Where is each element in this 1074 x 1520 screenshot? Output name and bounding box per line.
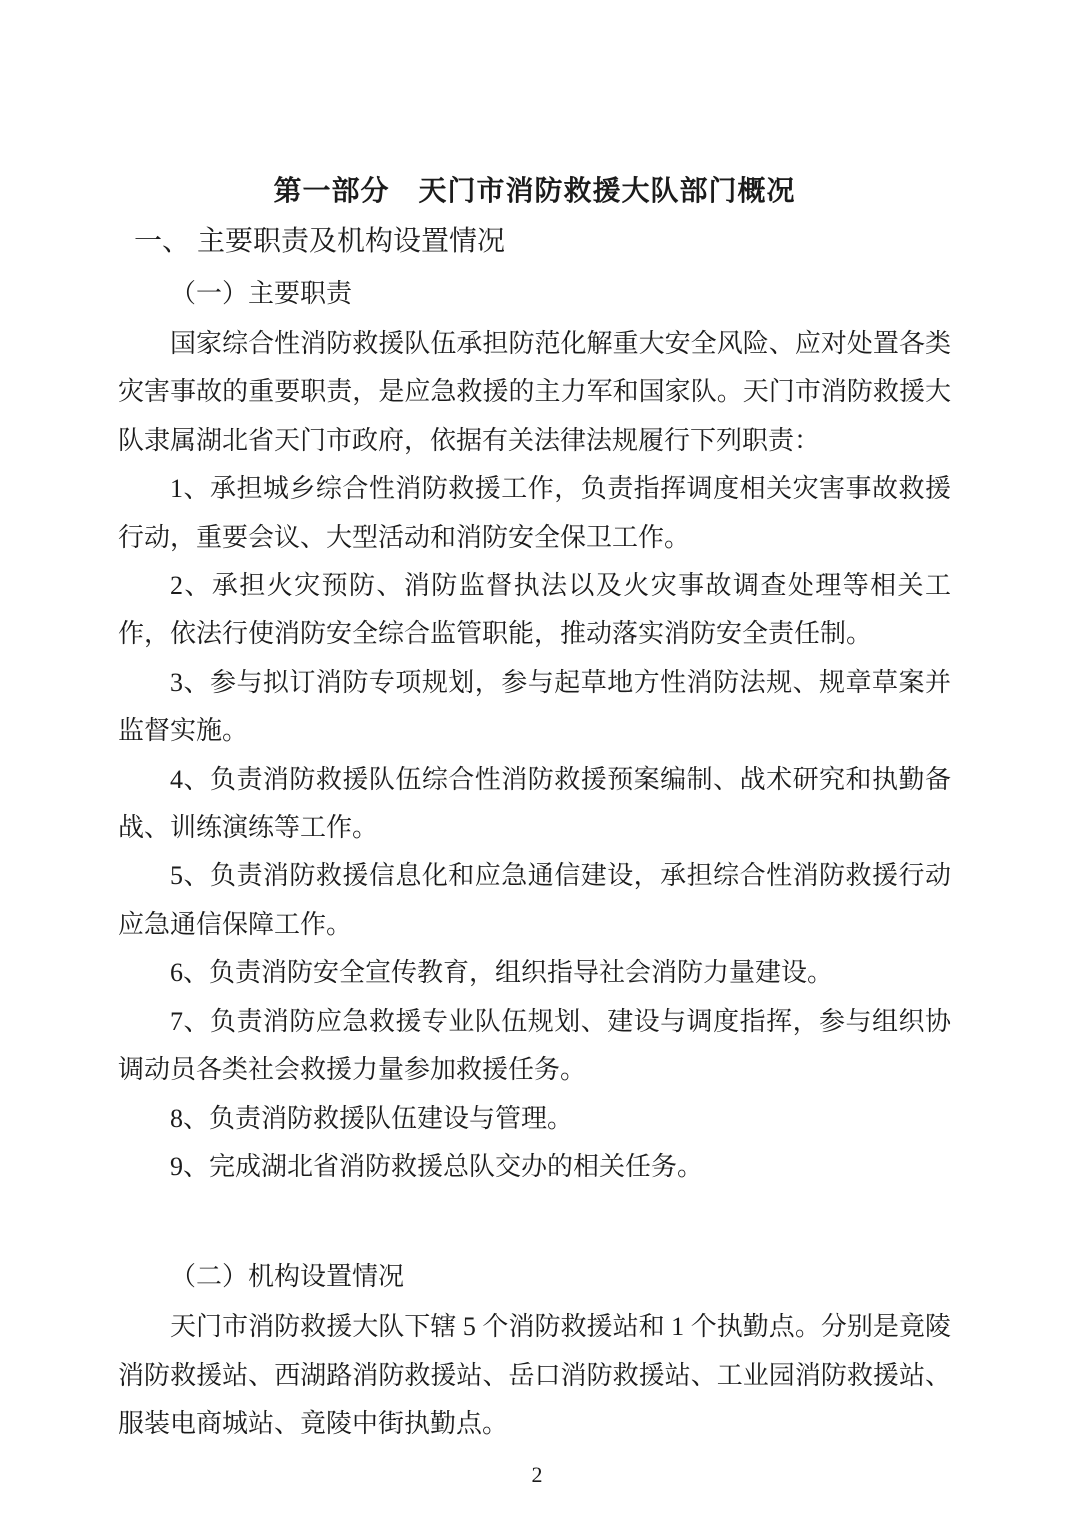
- subsection-heading-main-duties: （一）主要职责: [118, 268, 951, 320]
- duty-item-7: 7、负责消防应急救援专业队伍规划、建设与调度指挥，参与组织协调动员各类社会救援力…: [118, 998, 951, 1095]
- intro-paragraph: 国家综合性消防救援队伍承担防范化解重大安全风险、应对处置各类灾害事故的重要职责，…: [118, 320, 951, 465]
- page-title: 第一部分 天门市消防救援大队部门概况: [118, 168, 951, 216]
- duty-item-5: 5、负责消防救援信息化和应急通信建设，承担综合性消防救援行动应急通信保障工作。: [118, 852, 951, 949]
- duty-item-8: 8、负责消防救援队伍建设与管理。: [118, 1095, 951, 1143]
- org-setup-paragraph: 天门市消防救援大队下辖 5 个消防救援站和 1 个执勤点。分别是竟陵消防救援站、…: [118, 1303, 951, 1448]
- duty-item-9: 9、完成湖北省消防救援总队交办的相关任务。: [118, 1143, 951, 1191]
- duty-item-3: 3、参与拟订消防专项规划，参与起草地方性消防法规、规章草案并监督实施。: [118, 659, 951, 756]
- duty-item-2: 2、承担火灾预防、消防监督执法以及火灾事故调查处理等相关工作，依法行使消防安全综…: [118, 562, 951, 659]
- page-number: 2: [0, 1462, 1074, 1488]
- duty-item-1: 1、承担城乡综合性消防救援工作，负责指挥调度相关灾害事故救援行动，重要会议、大型…: [118, 465, 951, 562]
- document-page: 第一部分 天门市消防救援大队部门概况 一、 主要职责及机构设置情况 （一）主要职…: [0, 0, 1074, 1520]
- duty-item-6: 6、负责消防安全宣传教育，组织指导社会消防力量建设。: [118, 949, 951, 997]
- section-heading-main-duties: 一、 主要职责及机构设置情况: [118, 216, 951, 268]
- duty-item-4: 4、负责消防救援队伍综合性消防救援预案编制、战术研究和执勤备战、训练演练等工作。: [118, 756, 951, 853]
- subsection-heading-org-setup: （二）机构设置情况: [118, 1251, 951, 1303]
